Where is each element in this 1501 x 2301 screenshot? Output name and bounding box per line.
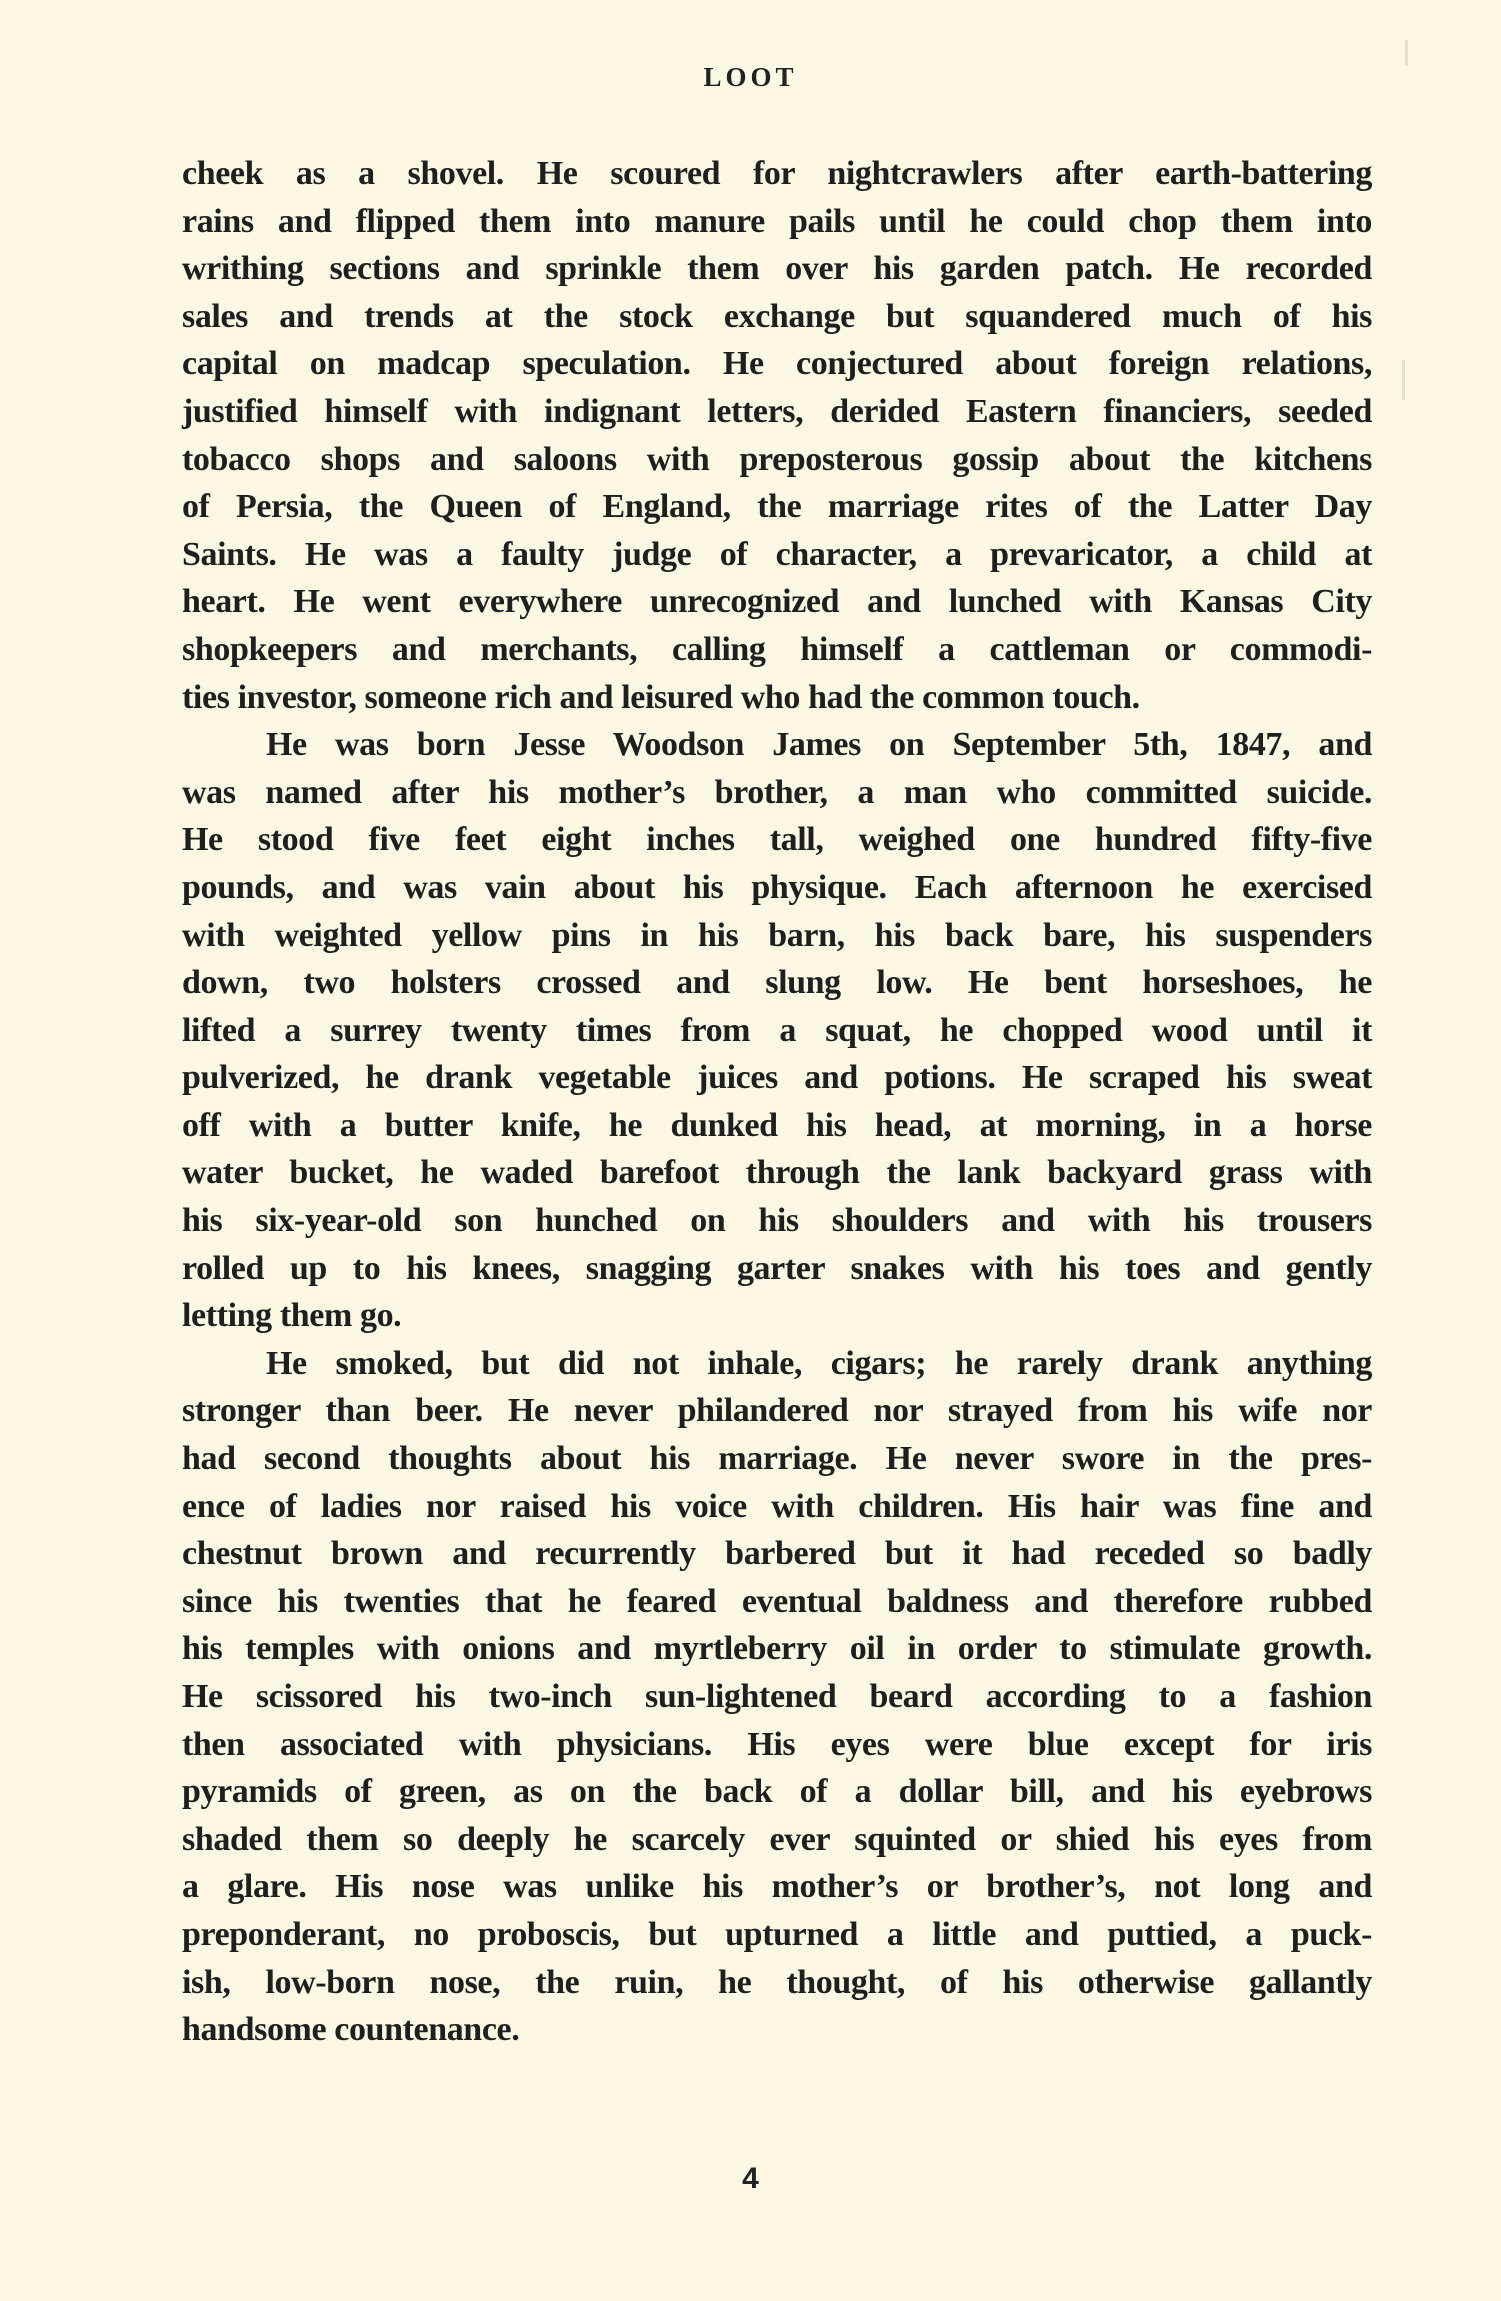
paragraph: He was born Jesse Woodson James on Septe…: [182, 721, 1372, 1340]
text-line: was named after his mother’s brother, a …: [182, 769, 1372, 817]
text-line: rolled up to his knees, snagging garter …: [182, 1245, 1372, 1293]
text-line: Saints. He was a faulty judge of charact…: [182, 531, 1372, 579]
text-line: rains and flipped them into manure pails…: [182, 198, 1372, 246]
text-line: chestnut brown and recurrently barbered …: [182, 1530, 1372, 1578]
text-line: letting them go.: [182, 1292, 1372, 1340]
text-line: then associated with physicians. His eye…: [182, 1721, 1372, 1769]
text-line: with weighted yellow pins in his barn, h…: [182, 912, 1372, 960]
text-line: He scissored his two-inch sun-lightened …: [182, 1673, 1372, 1721]
text-line: writhing sections and sprinkle them over…: [182, 245, 1372, 293]
scan-mark: [1402, 360, 1405, 400]
text-line: a glare. His nose was unlike his mother’…: [182, 1863, 1372, 1911]
text-line: had second thoughts about his marriage. …: [182, 1435, 1372, 1483]
text-line: shaded them so deeply he scarcely ever s…: [182, 1816, 1372, 1864]
text-line: since his twenties that he feared eventu…: [182, 1578, 1372, 1626]
text-line: ties investor, someone rich and leisured…: [182, 674, 1372, 722]
paragraph: cheek as a shovel. He scoured for nightc…: [182, 150, 1372, 721]
text-line: water bucket, he waded barefoot through …: [182, 1149, 1372, 1197]
text-line: He stood five feet eight inches tall, we…: [182, 816, 1372, 864]
text-line: ish, low-born nose, the ruin, he thought…: [182, 1959, 1372, 2007]
paragraph: He smoked, but did not inhale, cigars; h…: [182, 1340, 1372, 2054]
page-number: 4: [0, 2162, 1501, 2196]
text-line: his six-year-old son hunched on his shou…: [182, 1197, 1372, 1245]
text-line: stronger than beer. He never philandered…: [182, 1387, 1372, 1435]
text-line: his temples with onions and myrtleberry …: [182, 1625, 1372, 1673]
text-line: shopkeepers and merchants, calling himse…: [182, 626, 1372, 674]
running-title: LOOT: [0, 62, 1501, 93]
book-page: LOOT cheek as a shovel. He scoured for n…: [0, 0, 1501, 2301]
text-line: pyramids of green, as on the back of a d…: [182, 1768, 1372, 1816]
text-line: off with a butter knife, he dunked his h…: [182, 1102, 1372, 1150]
text-line: preponderant, no proboscis, but upturned…: [182, 1911, 1372, 1959]
text-line: handsome countenance.: [182, 2006, 1372, 2054]
text-line: sales and trends at the stock exchange b…: [182, 293, 1372, 341]
text-line: capital on madcap speculation. He conjec…: [182, 340, 1372, 388]
text-line: of Persia, the Queen of England, the mar…: [182, 483, 1372, 531]
text-line: heart. He went everywhere unrecognized a…: [182, 578, 1372, 626]
text-line: cheek as a shovel. He scoured for nightc…: [182, 150, 1372, 198]
text-line: He was born Jesse Woodson James on Septe…: [182, 721, 1372, 769]
text-line: tobacco shops and saloons with preposter…: [182, 436, 1372, 484]
body-text: cheek as a shovel. He scoured for nightc…: [182, 150, 1372, 2054]
text-line: pulverized, he drank vegetable juices an…: [182, 1054, 1372, 1102]
text-line: He smoked, but did not inhale, cigars; h…: [182, 1340, 1372, 1388]
text-line: down, two holsters crossed and slung low…: [182, 959, 1372, 1007]
text-line: pounds, and was vain about his physique.…: [182, 864, 1372, 912]
text-line: lifted a surrey twenty times from a squa…: [182, 1007, 1372, 1055]
text-line: ence of ladies nor raised his voice with…: [182, 1483, 1372, 1531]
text-line: justified himself with indignant letters…: [182, 388, 1372, 436]
